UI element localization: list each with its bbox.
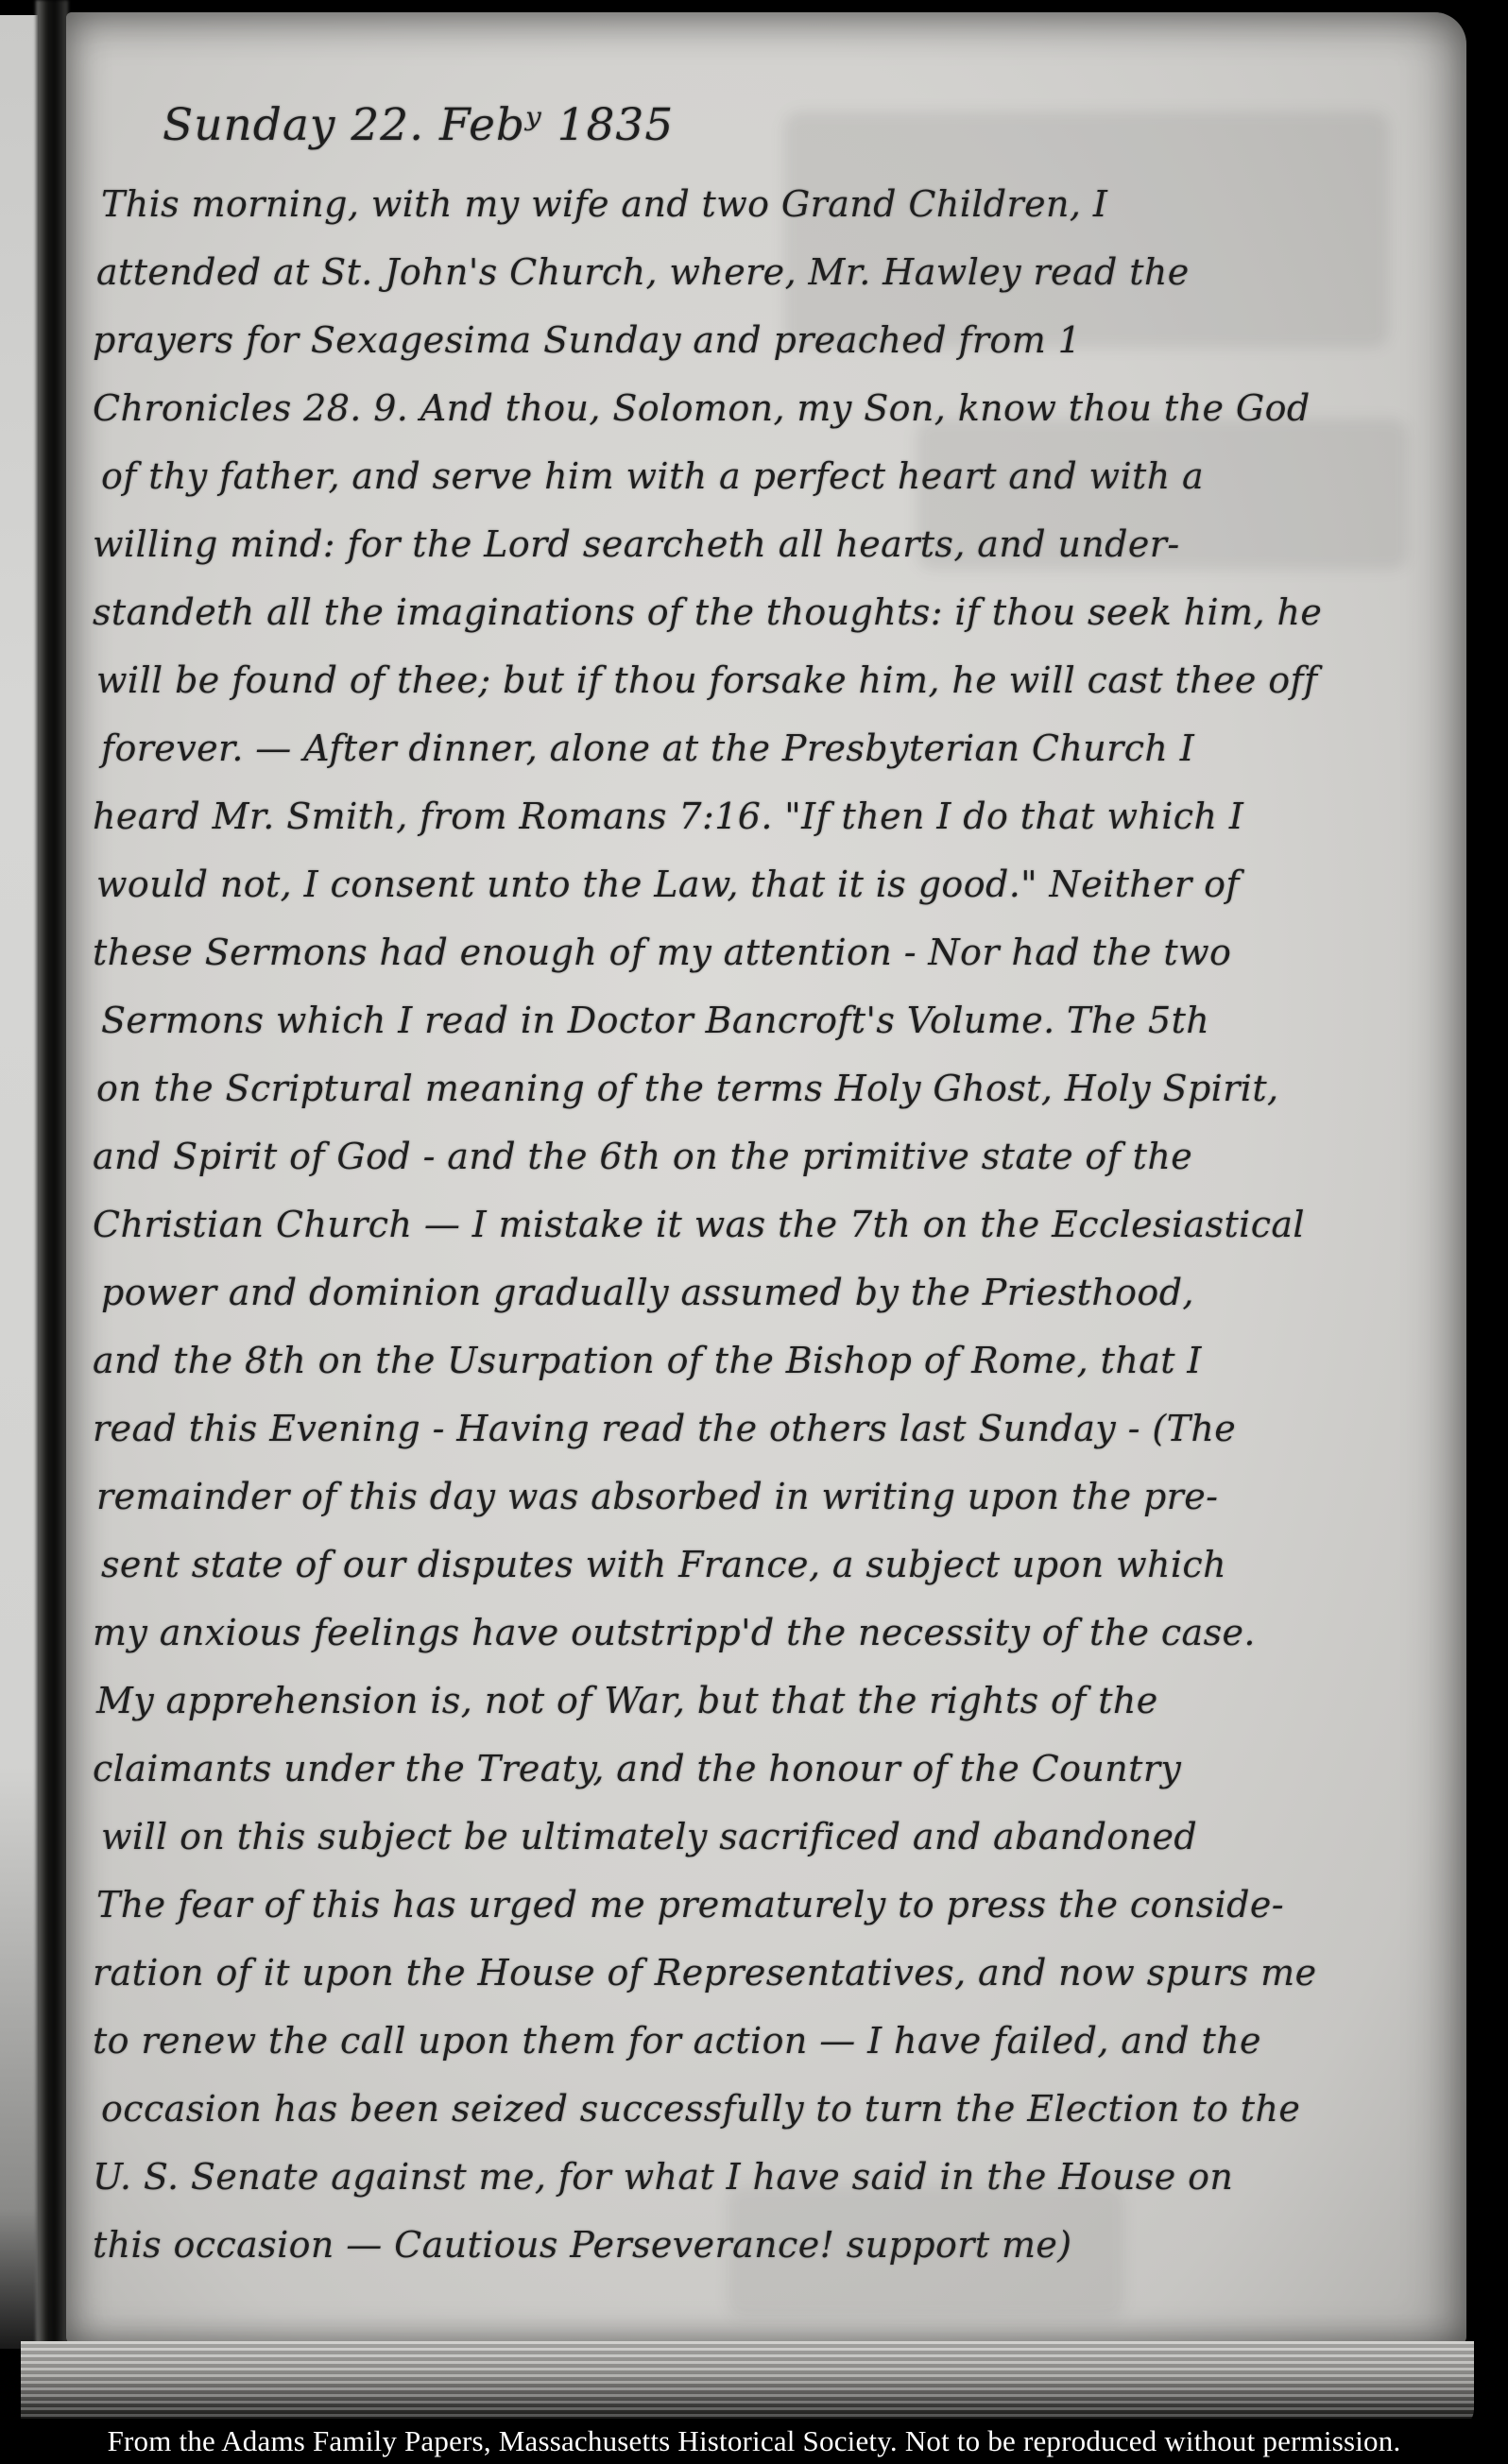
manuscript-line: would not, I consent unto the Law, that … (96, 850, 1429, 918)
manuscript-line: My apprehension is, not of War, but that… (96, 1667, 1429, 1735)
manuscript-line: ration of it upon the House of Represent… (93, 1939, 1429, 2007)
manuscript-line: heard Mr. Smith, from Romans 7:16. "If t… (93, 782, 1429, 850)
manuscript-page: Sunday 22. Febʸ 1835 This morning, with … (66, 12, 1466, 2346)
manuscript-line: U. S. Senate against me, for what I have… (93, 2143, 1429, 2211)
manuscript-line: Christian Church — I mistake it was the … (93, 1190, 1429, 1258)
previous-page-edge (0, 15, 38, 2349)
manuscript-line: occasion has been seized successfully to… (101, 2075, 1429, 2143)
page-bottom-fore-edge (21, 2341, 1474, 2428)
manuscript-line: and Spirit of God - and the 6th on the p… (93, 1122, 1429, 1190)
diary-page-scan: Sunday 22. Febʸ 1835 This morning, with … (0, 0, 1508, 2464)
manuscript-line: this occasion — Cautious Perseverance! s… (93, 2211, 1429, 2279)
manuscript-line: claimants under the Treaty, and the hono… (93, 1735, 1429, 1803)
attribution-caption-bar: From the Adams Family Papers, Massachuse… (0, 2419, 1508, 2464)
manuscript-line: prayers for Sexagesima Sunday and preach… (93, 306, 1429, 374)
manuscript-content: Sunday 22. Febʸ 1835 This morning, with … (93, 12, 1429, 2279)
manuscript-line: Sermons which I read in Doctor Bancroft'… (101, 986, 1429, 1054)
manuscript-line: will be found of thee; but if thou forsa… (96, 646, 1429, 714)
manuscript-line: This morning, with my wife and two Grand… (101, 170, 1429, 238)
manuscript-line: read this Evening - Having read the othe… (93, 1395, 1429, 1463)
manuscript-line: and the 8th on the Usurpation of the Bis… (93, 1326, 1429, 1395)
manuscript-line: my anxious feelings have outstripp'd the… (93, 1599, 1429, 1667)
manuscript-line: forever. — After dinner, alone at the Pr… (101, 714, 1429, 782)
manuscript-line: remainder of this day was absorbed in wr… (96, 1463, 1429, 1531)
manuscript-line: attended at St. John's Church, where, Mr… (96, 238, 1429, 306)
manuscript-line: on the Scriptural meaning of the terms H… (96, 1054, 1429, 1122)
manuscript-line: will on this subject be ultimately sacri… (101, 1803, 1429, 1871)
entry-date-heading: Sunday 22. Febʸ 1835 (163, 99, 1429, 151)
manuscript-line: to renew the call upon them for action —… (93, 2007, 1429, 2075)
manuscript-line: sent state of our disputes with France, … (101, 1531, 1429, 1599)
manuscript-line: standeth all the imaginations of the tho… (93, 578, 1429, 646)
manuscript-line: these Sermons had enough of my attention… (93, 918, 1429, 986)
binding-gutter-shadow (36, 0, 68, 2411)
manuscript-line: willing mind: for the Lord searcheth all… (93, 510, 1429, 578)
manuscript-line: The fear of this has urged me prematurel… (96, 1871, 1429, 1939)
attribution-caption-text: From the Adams Family Papers, Massachuse… (108, 2424, 1401, 2458)
manuscript-line: of thy father, and serve him with a perf… (101, 442, 1429, 510)
manuscript-line: power and dominion gradually assumed by … (101, 1258, 1429, 1326)
manuscript-line: Chronicles 28. 9. And thou, Solomon, my … (93, 374, 1429, 442)
